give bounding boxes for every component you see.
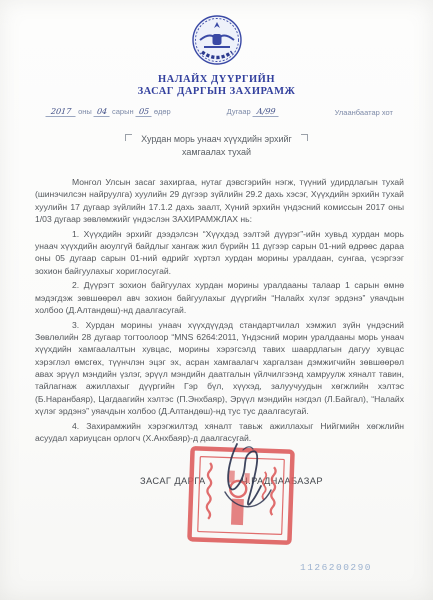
serial-number: 1126200290 bbox=[300, 562, 372, 573]
month-label: сарын bbox=[112, 107, 134, 116]
paragraph-clause-2: 2. Дүүрэгт зохион байгуулах хурдан морин… bbox=[35, 279, 404, 316]
handwritten-number: А/99 bbox=[252, 107, 279, 117]
decree-document-page: НАЛАЙХ ДҮҮРГИЙН ЗАСАГ ДАРГЫН ЗАХИРАМЖ 20… bbox=[0, 0, 433, 600]
paragraph-clause-1: 1. Хүүхдийн эрхийг дээдэлсэн “Хүүхдэд ээ… bbox=[35, 228, 404, 277]
date-line: 2017 оны 04 сарын 05 өдөр Дугаар А/99 Ул… bbox=[46, 107, 393, 117]
paragraph-clause-3: 3. Хурдан морины унаач хүүхдүүдэд станда… bbox=[35, 319, 404, 417]
handwritten-year: 2017 bbox=[45, 107, 76, 117]
document-body: Монгол Улсын засаг захиргаа, нутаг дэвсг… bbox=[35, 176, 404, 447]
corner-mark-left-icon bbox=[125, 134, 132, 141]
signature-section: ЗАСАГ ДАРГА Ч.РАДНААБАЗАР bbox=[35, 440, 404, 575]
document-title: Хурдан морь унаач хүүхдийн эрхийг хамгаа… bbox=[0, 133, 433, 158]
number-label: Дугаар bbox=[227, 107, 251, 116]
letterhead: НАЛАЙХ ДҮҮРГИЙН ЗАСАГ ДАРГЫН ЗАХИРАМЖ bbox=[0, 74, 433, 98]
title-line-1: Хурдан морь унаач хүүхдийн эрхийг bbox=[141, 133, 292, 146]
handwritten-day: 05 bbox=[135, 107, 152, 117]
document-type: ЗАСАГ ДАРГЫН ЗАХИРАМЖ bbox=[0, 86, 433, 98]
year-label: оны bbox=[78, 107, 92, 116]
government-emblem-icon bbox=[189, 13, 245, 78]
handwritten-month: 04 bbox=[93, 107, 110, 117]
day-label: өдөр bbox=[154, 107, 171, 116]
date-field: 2017 оны 04 сарын 05 өдөр bbox=[46, 107, 171, 117]
paragraph-preamble: Монгол Улсын засаг захиргаа, нутаг дэвсг… bbox=[35, 176, 404, 225]
issuer-name: НАЛАЙХ ДҮҮРГИЙН bbox=[0, 74, 433, 86]
number-field: Дугаар А/99 bbox=[227, 107, 279, 117]
signature-ink-icon bbox=[203, 440, 287, 530]
city-label: Улаанбаатар хот bbox=[335, 108, 393, 117]
title-line-2: хамгаалах тухай bbox=[0, 146, 433, 159]
official-stamp bbox=[185, 444, 301, 548]
corner-mark-right-icon bbox=[301, 134, 308, 141]
